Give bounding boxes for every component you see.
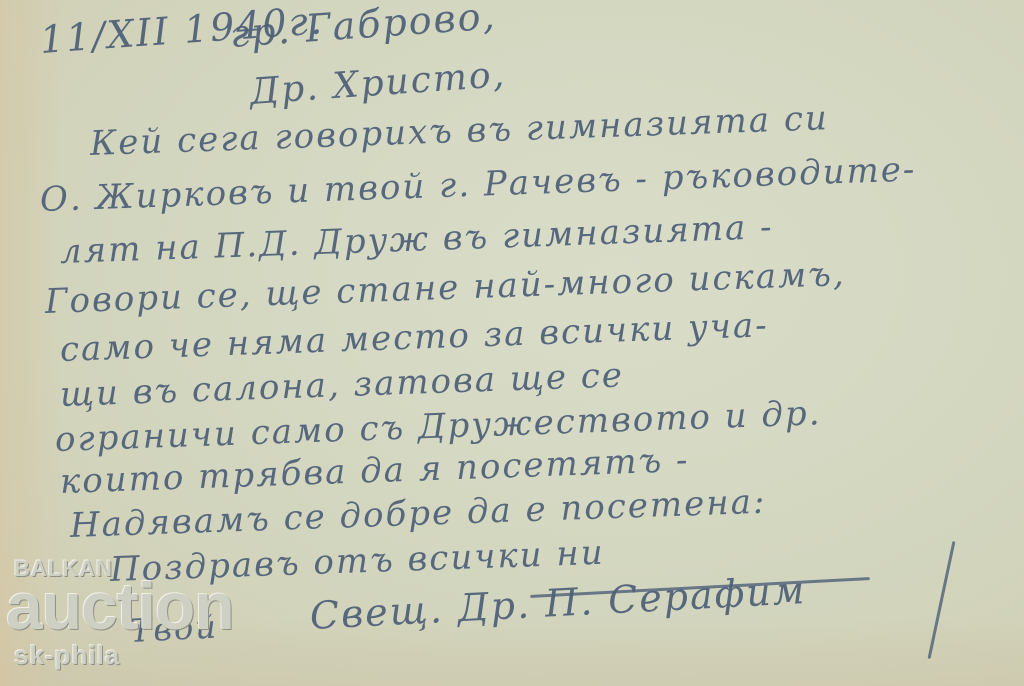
letter-line-1: Кей сега говорихъ въ гимназията си (89, 98, 829, 164)
letter-place: гр. Габрово, (228, 0, 497, 56)
watermark-sk-phila: sk-phila (14, 640, 120, 671)
letter-greeting: Др. Христо, (249, 54, 508, 113)
watermark-auction: auction (6, 568, 234, 644)
signature-flourish (928, 541, 956, 659)
